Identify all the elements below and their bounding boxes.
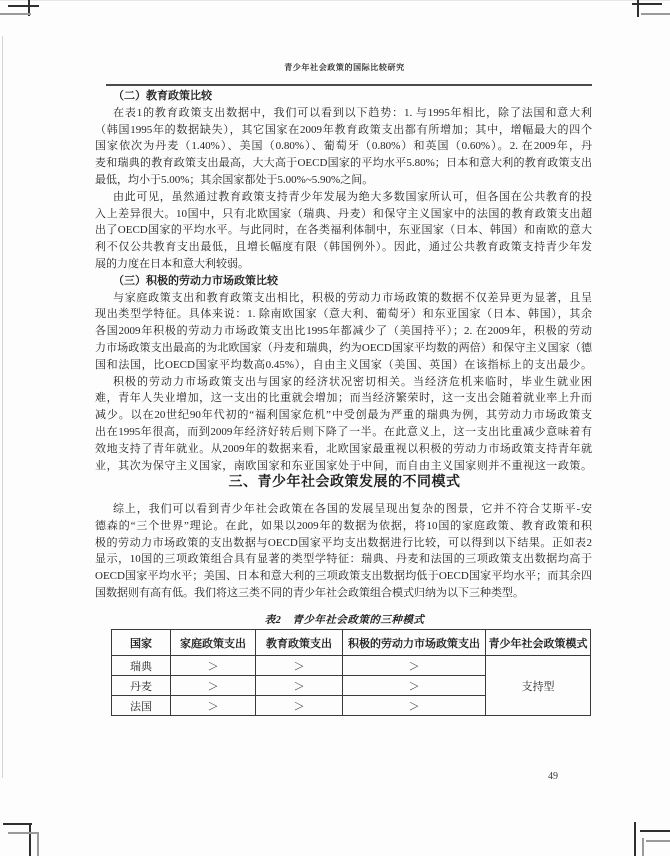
subsection-heading-almp: （三）积极的劳动力市场政策比较 — [95, 273, 592, 290]
crop-mark-line — [634, 822, 636, 856]
paragraph-line: 显示，10国的三项政策组合具有显著的类型学特征：瑞典、丹麦和法国的三项政策支出数… — [95, 551, 592, 568]
crop-mark-line — [37, 834, 39, 856]
cell-education: ＞ — [256, 696, 343, 716]
scanned-document-page: 青少年社会政策的国际比较研究 （二）教育政策比较 在表1的教育政策支出数据中，我… — [0, 0, 670, 856]
column-header-family: 家庭政策支出 — [171, 630, 256, 656]
cell-country: 瑞典 — [112, 656, 171, 676]
page-scan-top-edge — [0, 0, 670, 1]
paragraph-line: 国数据则有高有低。我们将这三类不同的青少年社会政策组合模式归纳为以下三种类型。 — [95, 585, 592, 602]
paragraph-line: 国和法国，比OECD国家平均数高0.45%），自由主义国家（美国、英国）在该指标… — [95, 357, 592, 374]
cell-labor: ＞ — [343, 676, 486, 696]
cell-education: ＞ — [256, 656, 343, 676]
header-rule — [106, 84, 592, 86]
paragraph-line: 极的劳动力市场政策的支出数据与OECD国家平均支出数据进行比较，可以得到以下结果… — [95, 535, 592, 552]
crop-mark-line — [642, 838, 644, 856]
column-header-education: 教育政策支出 — [256, 630, 343, 656]
page-number: 49 — [537, 771, 569, 782]
paragraph-line: 麦和瑞典的教育政策支出最高，大大高于OECD国家的平均水平5.80%；日本和意大… — [95, 155, 592, 172]
crop-mark-line — [3, 823, 32, 825]
cell-labor: ＞ — [343, 696, 486, 716]
page-scan-left-edge — [2, 36, 3, 778]
paragraph-line: 最低，均小于5.00%；其余国家都处于5.00%~5.90%之间。 — [95, 172, 592, 189]
table-header-row: 国家 家庭政策支出 教育政策支出 积极的劳动力市场政策支出 青少年社会政策模式 — [112, 630, 591, 656]
policy-models-table: 国家 家庭政策支出 教育政策支出 积极的劳动力市场政策支出 青少年社会政策模式 … — [111, 629, 591, 716]
crop-mark-line — [640, 830, 670, 832]
paragraph-line: 与家庭政策支出和教育政策支出相比，积极的劳动力市场政策的数据不仅差异更为显著，且… — [95, 290, 592, 307]
paragraph-line: 难，青年人失业增加，这一支出的比重就会增加；而当经济繁荣时，这一支出会随着就业率… — [95, 390, 592, 407]
paragraph-line: 展的力度在日本和意大利较弱。 — [95, 256, 592, 273]
crop-mark-line — [646, 840, 670, 842]
crop-mark-line — [641, 13, 670, 15]
paragraph-line: 减少。以在20世纪90年代初的“福利国家危机”中受创最为严重的瑞典为例，其劳动力… — [95, 407, 592, 424]
paragraph-line: 入上差异很大。10国中，只有北欧国家（瑞典、丹麦）和保守主义国家中的法国的教育政… — [95, 206, 592, 223]
paragraph-line: 各国2009年积极的劳动力市场政策支出比1995年都减少了（美国持平）；2. 在… — [95, 323, 592, 340]
body-text-block-2: 综上，我们可以看到青少年社会政策在各国的发展呈现出复杂的图景，它并不符合艾斯平-… — [95, 501, 592, 602]
paragraph-line: 出了OECD国家的平均水平。与此同时，在各类福利体制中，东亚国家（日本、韩国）和… — [95, 222, 592, 239]
paragraph-line: 利不仅公共教育支出最低，且增长幅度有限（韩国例外）。因此，通过公共教育政策支持青… — [95, 239, 592, 256]
paragraph-line: 积极的劳动力市场政策支出与国家的经济状况密切相关。当经济危机来临时，毕业生就业困 — [95, 374, 592, 391]
cell-family: ＞ — [171, 696, 256, 716]
cell-mode-merged: 支持型 — [486, 656, 591, 716]
paragraph-line: 由此可见，虽然通过教育政策支持青少年发展为绝大多数国家所认可，但各国在公共教育的… — [95, 189, 592, 206]
cell-family: ＞ — [171, 656, 256, 676]
column-header-labor: 积极的劳动力市场政策支出 — [343, 630, 486, 656]
paragraph-line: 德森的“三个世界”理论。在此，如果以2009年的数据为依据，将10国的家庭政策、… — [95, 518, 592, 535]
paragraph-line: 在表1的教育政策支出数据中，我们可以看到以下趋势：1. 与1995年相比，除了法… — [95, 105, 592, 122]
cell-country: 法国 — [112, 696, 171, 716]
table-caption: 表2 青少年社会政策的三种模式 — [97, 612, 592, 627]
cell-education: ＞ — [256, 676, 343, 696]
column-header-mode: 青少年社会政策模式 — [486, 630, 591, 656]
paragraph-line: （韩国1995年的数据缺失），其它国家在2009年教育政策支出都有所增加；其中，… — [95, 122, 592, 139]
paragraph-line: 效地支持了青年就业。从2009年的数据来看，北欧国家最重视以积极的劳动力市场政策… — [95, 441, 592, 458]
cell-labor: ＞ — [343, 656, 486, 676]
cell-family: ＞ — [171, 676, 256, 696]
cell-country: 丹麦 — [112, 676, 171, 696]
body-text-block: （二）教育政策比较 在表1的教育政策支出数据中，我们可以看到以下趋势：1. 与1… — [95, 88, 592, 474]
column-header-country: 国家 — [112, 630, 171, 656]
crop-mark-line — [8, 832, 39, 834]
crop-mark-line — [8, 5, 39, 7]
running-header-title: 青少年社会政策的国际比较研究 — [97, 62, 592, 73]
paragraph-line: 综上，我们可以看到青少年社会政策在各国的发展呈现出复杂的图景，它并不符合艾斯平-… — [95, 501, 592, 518]
paragraph-line: 现出类型学特征。具体来说：1. 除南欧国家（意大利、葡萄牙）和东亚国家（日本、韩… — [95, 306, 592, 323]
paragraph-line: 出在1995年很高，而到2009年经济好转后则下降了一半。在此意义上，这一支出比… — [95, 424, 592, 441]
crop-mark-line — [0, 13, 31, 15]
paragraph-line: 国家依次为丹麦（1.40%）、美国（0.80%）、葡萄牙（0.80%）和英国（0… — [95, 138, 592, 155]
crop-mark-line — [29, 825, 31, 856]
table-row: 瑞典 ＞ ＞ ＞ 支持型 — [112, 656, 591, 676]
paragraph-line: 力市场政策支出最高的为北欧国家（丹麦和瑞典，约为OECD国家平均数的两倍）和保守… — [95, 340, 592, 357]
crop-mark-line — [637, 0, 639, 17]
paragraph-line: OECD国家平均水平；美国、日本和意大利的三项政策支出数据均低于OECD国家平均… — [95, 568, 592, 585]
section-heading-models: 三、青少年社会政策发展的不同模式 — [97, 471, 592, 491]
subsection-heading-edu: （二）教育政策比较 — [95, 88, 592, 105]
